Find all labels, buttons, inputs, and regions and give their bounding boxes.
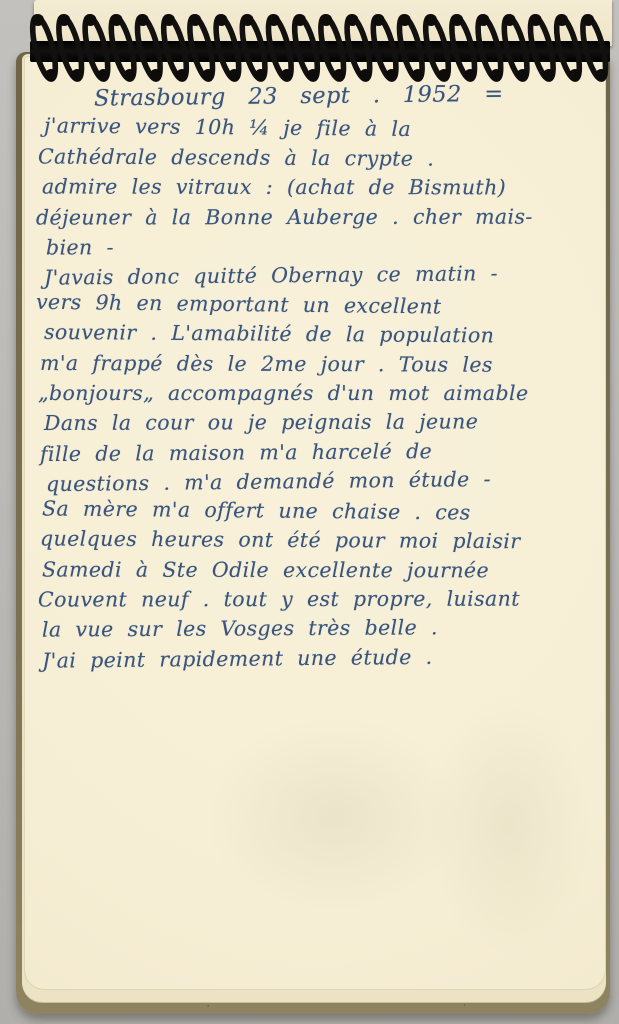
- punch-hole-bottom: [490, 69, 502, 81]
- punch-hole-top: [530, 14, 542, 26]
- handwritten-line: quelques heures ont été pour moi plaisir: [36, 524, 594, 557]
- punch-hole-top: [582, 14, 594, 26]
- punch-hole-bottom: [281, 69, 293, 81]
- punch-hole-top: [425, 14, 437, 26]
- punch-hole-top: [556, 14, 568, 26]
- punch-hole-bottom: [202, 69, 214, 81]
- notebook-photo: Strasbourg 23 sept . 1952 =j'arrive vers…: [0, 0, 619, 1024]
- punch-hole-bottom: [543, 69, 555, 81]
- handwritten-line: Sa mère m'a offert une chaise . ces: [36, 494, 594, 529]
- punch-hole-top: [84, 14, 96, 26]
- punch-hole-bottom: [97, 69, 109, 81]
- handwritten-line: m'a frappé dès le 2me jour . Tous les: [36, 349, 594, 381]
- punch-hole-bottom: [176, 69, 188, 81]
- punch-hole-top: [111, 14, 123, 26]
- punch-hole-bottom: [569, 69, 581, 81]
- punch-hole-top: [137, 14, 149, 26]
- handwritten-line: admire les vitraux : (achat de Bismuth): [36, 173, 594, 203]
- punch-hole-top: [504, 14, 516, 26]
- punch-hole-top: [399, 14, 411, 26]
- punch-hole-bottom: [255, 69, 267, 81]
- punch-hole-top: [58, 14, 70, 26]
- punch-hole-bottom: [124, 69, 136, 81]
- punch-hole-top: [477, 14, 489, 26]
- handwritten-line: Samedi à Ste Odile excellente journée: [36, 555, 594, 585]
- handwritten-line: déjeuner à la Bonne Auberge . cher mais-: [36, 202, 594, 232]
- handwritten-line: „bonjours„ accompagnés d'un mot aimable: [36, 379, 594, 408]
- punch-hole-bottom: [333, 69, 345, 81]
- bleed-through-mark: [204, 716, 464, 916]
- punch-hole-bottom: [71, 69, 83, 81]
- punch-hole-bottom: [517, 69, 529, 81]
- bleed-through-mark: [424, 696, 594, 956]
- punch-hole-top: [294, 14, 306, 26]
- punch-hole-bottom: [359, 69, 371, 81]
- punch-hole-bottom: [386, 69, 398, 81]
- punch-hole-top: [189, 14, 201, 26]
- punch-hole-top: [373, 14, 385, 26]
- handwritten-line: Dans la cour ou je peignais la jeune: [36, 407, 594, 439]
- punch-hole-bottom: [45, 69, 57, 81]
- punch-hole-top: [320, 14, 332, 26]
- punch-hole-bottom: [307, 69, 319, 81]
- punch-hole-top: [242, 14, 254, 26]
- handwritten-line: la vue sur les Vosges très belle .: [36, 613, 594, 646]
- handwritten-line: J'ai peint rapidement une étude .: [36, 641, 594, 676]
- punch-hole-bottom: [464, 69, 476, 81]
- punch-hole-top: [451, 14, 463, 26]
- handwritten-entry: Strasbourg 23 sept . 1952 =j'arrive vers…: [36, 82, 594, 673]
- punch-hole-bottom: [412, 69, 424, 81]
- punch-hole-top: [215, 14, 227, 26]
- punch-hole-bottom: [595, 69, 607, 81]
- punch-hole-top: [163, 14, 175, 26]
- punch-hole-top: [346, 14, 358, 26]
- handwritten-line: j'arrive vers 10h ¼ je file à la: [36, 112, 594, 147]
- punch-hole-top: [32, 14, 44, 26]
- punch-hole-bottom: [438, 69, 450, 81]
- handwritten-line: Cathédrale descends à la crypte .: [36, 142, 594, 175]
- punch-hole-top: [268, 14, 280, 26]
- punch-hole-bottom: [150, 69, 162, 81]
- spiral-binding: [0, 0, 619, 100]
- punch-hole-bottom: [228, 69, 240, 81]
- handwritten-line: Couvent neuf . tout y est propre, luisan…: [36, 584, 594, 614]
- handwritten-line: souvenir . L'amabilité de la population: [36, 318, 594, 352]
